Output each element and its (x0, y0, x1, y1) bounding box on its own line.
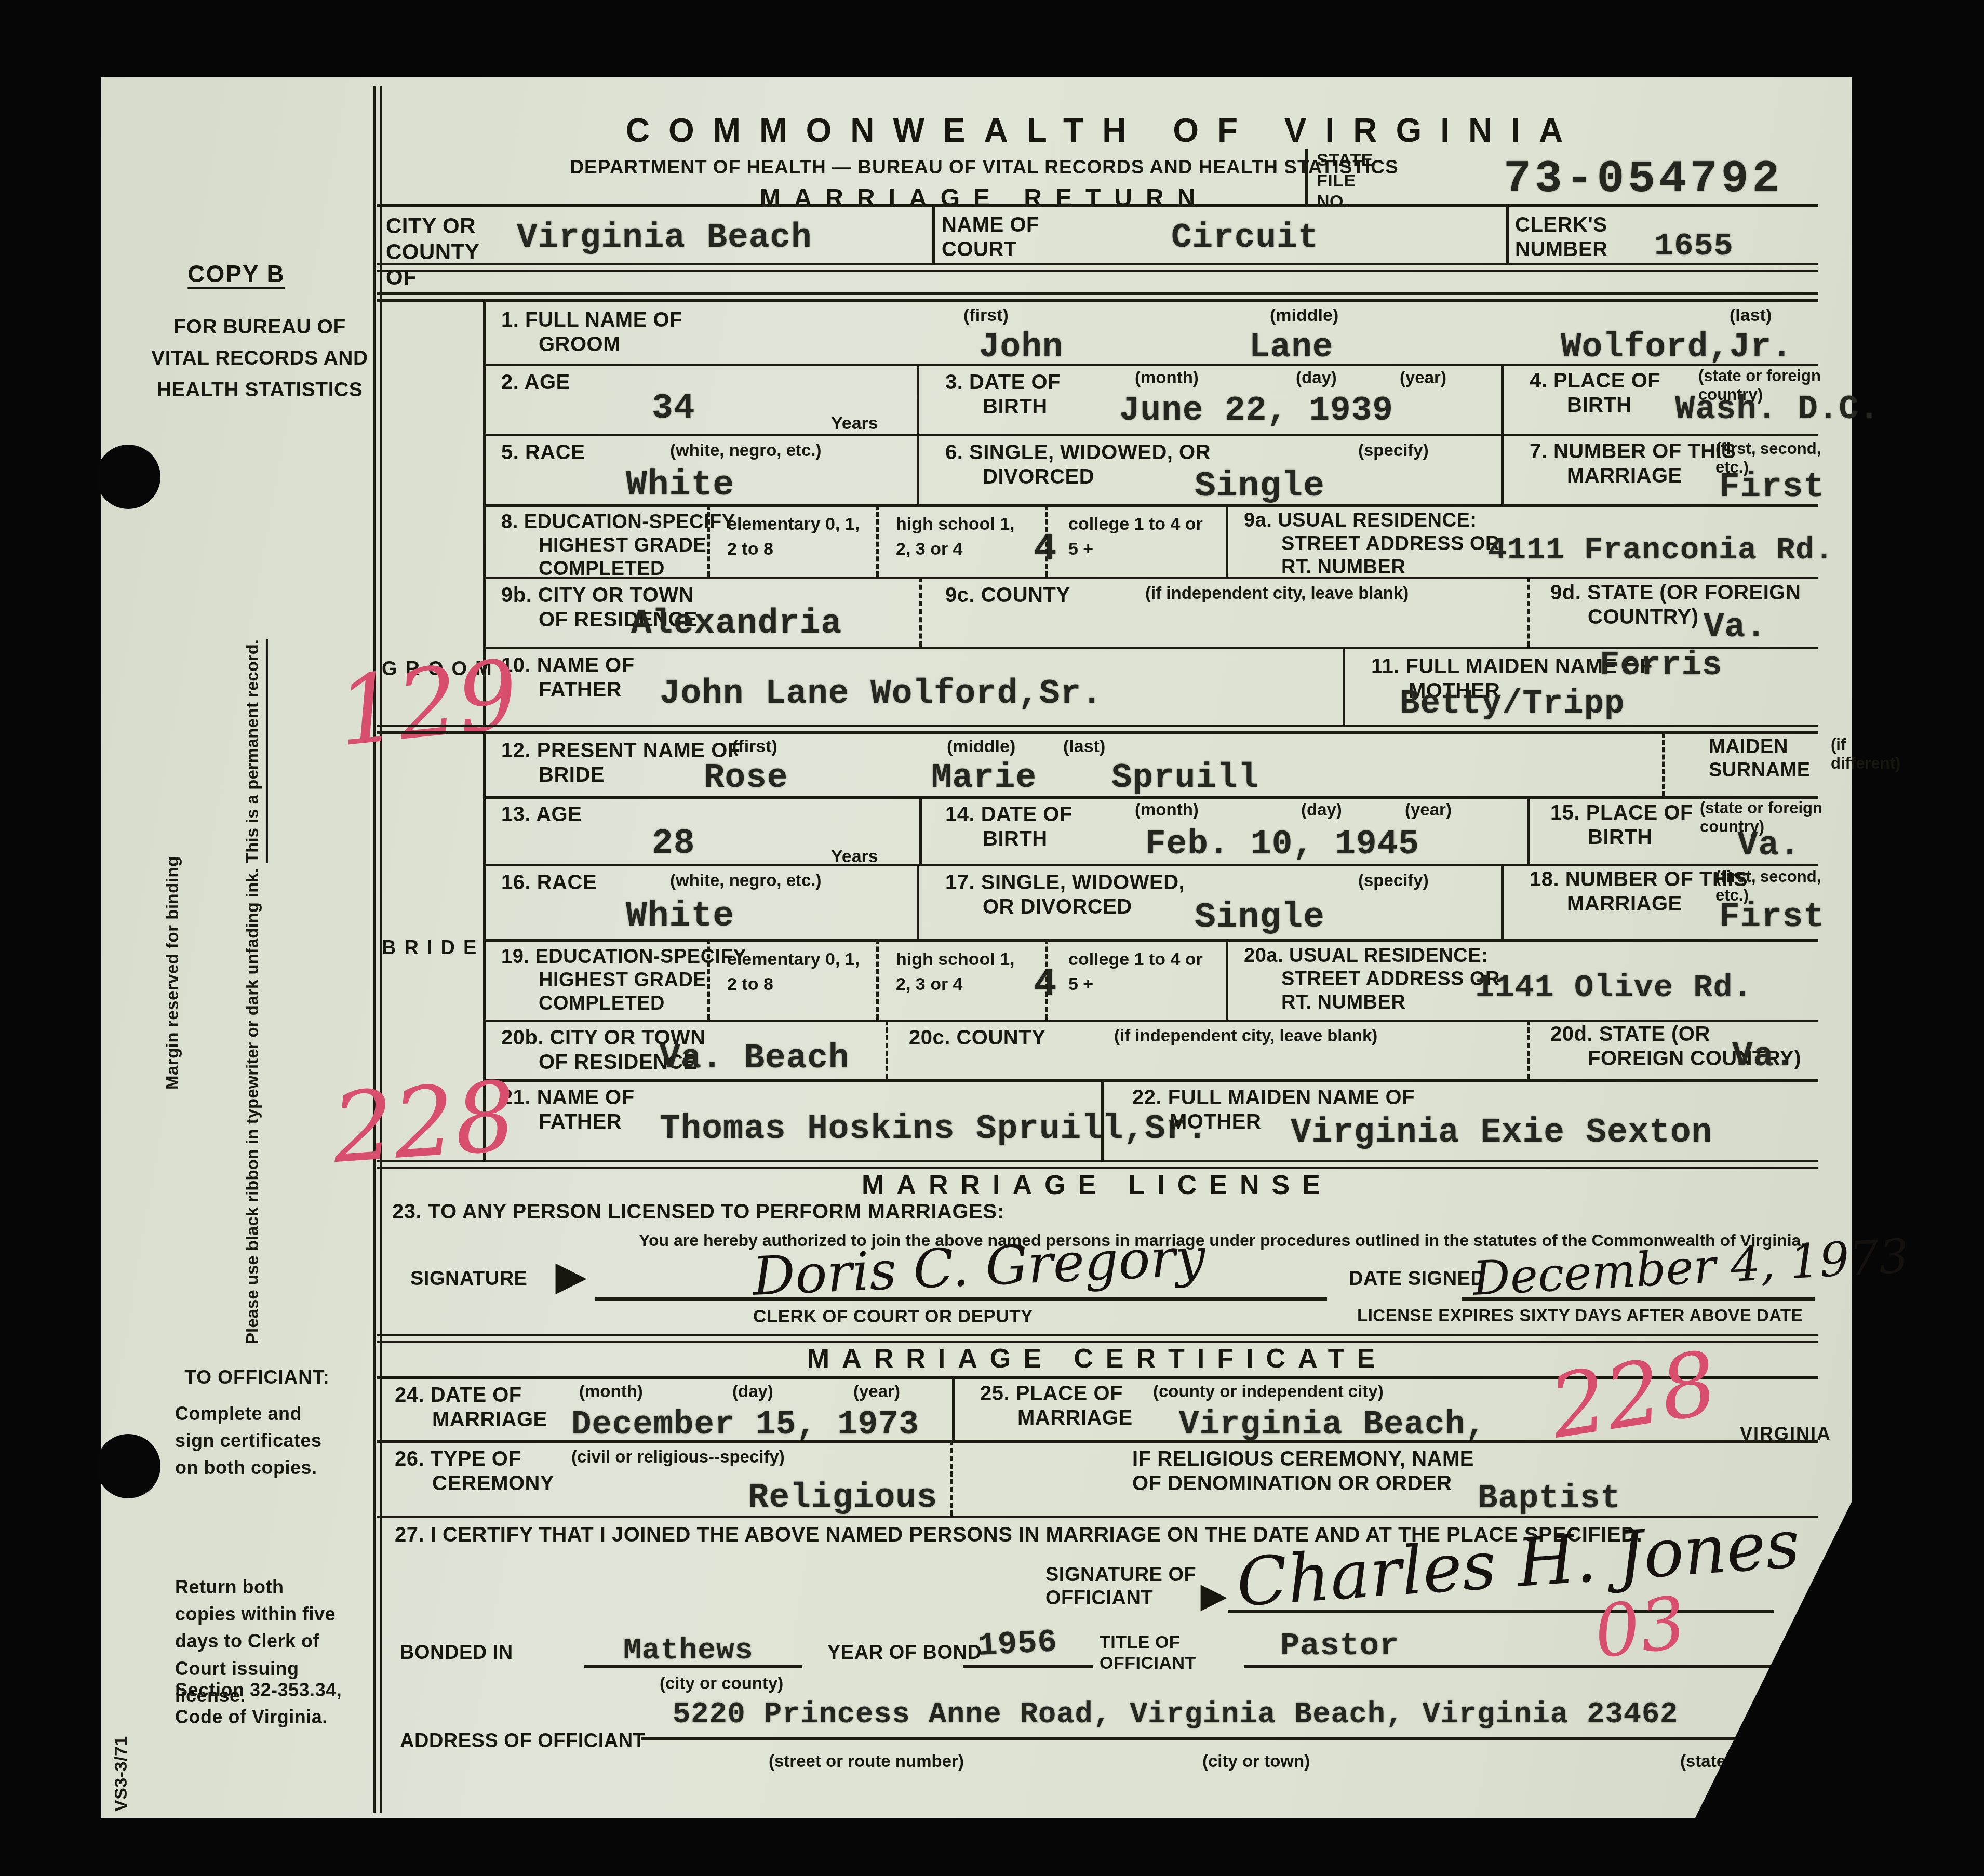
bride-last-hint: (last) (1063, 736, 1105, 757)
address-city-hint: (city or town) (1202, 1751, 1310, 1771)
header-bottom-rule (377, 263, 1818, 272)
bride-maiden-dash (1662, 732, 1665, 796)
officiant-instruction-1: Complete and sign certificates on both c… (175, 1400, 346, 1482)
groom-age-label: 2. AGE (501, 370, 570, 395)
state-file-number: 73-054792 (1504, 154, 1783, 205)
groom-status-label: 6. SINGLE, WIDOWED, OR DIVORCED (945, 440, 1211, 489)
groom-edu-high-school: high school 1, 2, 3 or 4 (896, 512, 1031, 561)
form-number: VS3-3/71 (111, 1640, 131, 1812)
code-section-reference: Section 32-353.34, Code of Virginia. (175, 1677, 352, 1731)
groom-state-label: 9d. STATE (OR FOREIGN COUNTRY) (1550, 581, 1811, 629)
certificate-rule-3 (377, 1516, 1818, 1518)
officiant-title-label: TITLE OF OFFICIANT (1100, 1632, 1229, 1673)
denomination-value: Baptist (1478, 1480, 1621, 1518)
bonded-in-value: Mathews (623, 1634, 754, 1668)
scanned-marriage-return: COPY B FOR BUREAU OF VITAL RECORDS AND H… (0, 0, 1984, 1876)
court-divider-2 (1506, 204, 1509, 265)
certificate-r24-divider (952, 1376, 955, 1440)
groom-first-hint: (first) (963, 305, 1009, 326)
groom-last-value: Wolford,Jr. (1561, 328, 1793, 367)
ribbon-note: Please use black ribbon in typewriter or… (243, 534, 262, 1344)
officiant-address-value: 5220 Princess Anne Road, Virginia Beach,… (673, 1698, 1678, 1732)
license-bottom-rule (377, 1334, 1818, 1343)
ribbon-note-text: Please use black ribbon in typewriter or… (243, 863, 262, 1344)
groom-middle-value: Lane (1249, 328, 1333, 367)
bonded-in-hint: (city or county) (660, 1673, 783, 1693)
bride-bottom-rule (377, 1160, 1818, 1169)
groom-age-value: 34 (652, 388, 695, 428)
groom-first-value: John (979, 328, 1063, 367)
year-of-bond-label: YEAR OF BOND (827, 1641, 982, 1665)
bride-state-value: Va. (1732, 1037, 1795, 1076)
bride-dob-month-hint: (month) (1135, 800, 1199, 820)
header-rule (377, 204, 1818, 207)
bride-r21-divider (1101, 1079, 1104, 1160)
certificate-r26-dash (950, 1440, 953, 1516)
bride-r13-divider-1 (919, 796, 922, 864)
clerks-number-label: CLERK'S NUMBER (1515, 213, 1624, 262)
groom-status-value: Single (1195, 466, 1325, 506)
bride-r20-dash (886, 1020, 888, 1079)
ceremony-type-hint: (civil or religious--specify) (571, 1447, 785, 1467)
bride-father-label: 21. NAME OF FATHER (501, 1086, 684, 1134)
marriage-place-label: 25. PLACE OF MARRIAGE (980, 1382, 1178, 1430)
groom-dob-month-hint: (month) (1135, 368, 1199, 387)
year-of-bond-line (963, 1665, 1093, 1668)
bride-r16-divider-1 (917, 864, 919, 939)
groom-dob-value: June 22, 1939 (1119, 391, 1393, 430)
groom-city-value: Alexandria (631, 604, 842, 643)
page-title: COMMONWEALTH OF VIRGINIA (392, 111, 1815, 151)
groom-r2-divider-2 (1501, 364, 1504, 434)
bride-edu-dash-2 (876, 939, 879, 1020)
bride-status-hint: (specify) (1358, 870, 1429, 890)
groom-county-hint: (if independent city, leave blank) (1145, 583, 1409, 603)
bride-marriage-no-value: First (1719, 897, 1825, 936)
bride-dob-label: 14. DATE OF BIRTH (945, 802, 1123, 851)
arrow-icon-officiant: ► (1192, 1571, 1236, 1622)
city-county-value: Virginia Beach (517, 218, 812, 257)
ceremony-type-label: 26. TYPE OF CEREMONY (395, 1447, 593, 1496)
bride-rule-5 (483, 1079, 1818, 1082)
marriage-date-value: December 15, 1973 (571, 1406, 919, 1444)
groom-fullname-label: 1. FULL NAME OF GROOM (501, 308, 700, 357)
groom-father-value: John Lane Wolford,Sr. (660, 674, 1103, 713)
groom-r5-dash (919, 577, 922, 647)
groom-dob-day-hint: (day) (1296, 368, 1337, 387)
clerks-number-value: 1655 (1654, 227, 1734, 264)
form-paper: COPY B FOR BUREAU OF VITAL RECORDS AND H… (101, 77, 1852, 1818)
groom-edu-elementary: elementary 0, 1, 2 to 8 (727, 512, 867, 561)
groom-status-hint: (specify) (1358, 440, 1429, 460)
form-title: MARRIAGE RETURN (377, 184, 1592, 213)
bride-section-tab: BRIDE (382, 936, 480, 960)
permanent-record-note: This is a permanent record. (243, 639, 262, 863)
copy-label: COPY B (169, 260, 304, 288)
bride-r20-dash-2 (1527, 1020, 1530, 1079)
officiant-address-label: ADDRESS OF OFFICIANT (400, 1730, 645, 1753)
bride-edu-college: college 1 to 4 or 5 + (1068, 947, 1209, 997)
bride-race-value: White (626, 896, 734, 936)
bride-race-hint: (white, negro, etc.) (670, 870, 822, 890)
department-subtitle: DEPARTMENT OF HEALTH — BUREAU OF VITAL R… (377, 156, 1592, 179)
date-signed-line (1462, 1297, 1815, 1301)
hole-punch-top (96, 445, 160, 509)
address-street-hint: (street or route number) (769, 1751, 964, 1771)
groom-rule-1 (483, 364, 1818, 366)
groom-race-value: White (626, 465, 734, 505)
hole-punch-bottom (96, 1434, 160, 1498)
bride-dob-year-hint: (year) (1405, 800, 1452, 820)
court-name-value: Circuit (1171, 218, 1319, 257)
year-of-bond-value: 1956 (977, 1624, 1058, 1665)
copy-label-text: COPY B (187, 260, 285, 287)
groom-last-hint: (last) (1730, 305, 1772, 326)
groom-edu-college: college 1 to 4 or 5 + (1068, 512, 1209, 561)
marriage-place-hint: (county or independent city) (1153, 1382, 1384, 1401)
court-divider-1 (932, 204, 935, 265)
groom-dob-year-hint: (year) (1400, 368, 1446, 387)
clerk-signature-line (595, 1297, 1327, 1301)
marriage-date-label: 24. DATE OF MARRIAGE (395, 1383, 593, 1432)
bride-maiden-hint: (if different) (1831, 735, 1900, 772)
red-code-groom: 129 (332, 639, 524, 767)
officiant-title-value: Pastor (1280, 1627, 1399, 1664)
bride-first-hint: (first) (732, 736, 777, 757)
groom-age-years-suffix: Years (831, 413, 878, 434)
groom-state-value: Va. (1704, 608, 1767, 647)
bride-r19-divider (1226, 939, 1228, 1020)
groom-street-value: 4111 Franconia Rd. (1488, 533, 1834, 568)
bride-middle-value: Marie (931, 758, 1037, 797)
officiant-signature-line (1228, 1610, 1774, 1613)
bride-city-value: Va. Beach (660, 1039, 849, 1078)
state-file-divider (1305, 149, 1308, 204)
groom-r2-divider-1 (917, 364, 919, 434)
city-county-label: CITY OR COUNTY OF (386, 213, 505, 290)
ceremony-type-value: Religious (748, 1478, 937, 1517)
officiant-title-line (1244, 1665, 1820, 1668)
clerk-signature-sub: CLERK OF COURT OR DEPUTY (753, 1306, 1033, 1327)
bride-rule-3 (483, 939, 1818, 942)
groom-pob-value: Wash. D.C. (1675, 391, 1880, 428)
groom-dob-label: 3. DATE OF BIRTH (945, 370, 1123, 419)
groom-bottom-rule (377, 725, 1818, 734)
groom-r3-divider-1 (917, 434, 919, 504)
officiant-address-line (641, 1737, 1820, 1740)
license-addressee: 23. TO ANY PERSON LICENSED TO PERFORM MA… (392, 1200, 1004, 1224)
margin-divider-line (373, 86, 382, 1813)
bride-edu-elementary: elementary 0, 1, 2 to 8 (727, 947, 867, 997)
groom-race-label: 5. RACE (501, 440, 585, 465)
bride-middle-hint: (middle) (947, 736, 1015, 757)
bride-edu-high-school: high school 1, 2, 3 or 4 (896, 947, 1031, 997)
bride-maiden-label: MAIDEN SURNAME (1709, 735, 1833, 782)
groom-top-rule (377, 292, 1818, 302)
groom-edu-dash-2 (876, 504, 879, 577)
groom-middle-hint: (middle) (1270, 305, 1338, 326)
bride-father-value: Thomas Hoskins Spruill,Sr. (660, 1109, 1208, 1148)
bride-dob-value: Feb. 10, 1945 (1145, 825, 1419, 864)
groom-county-label: 9c. COUNTY (945, 583, 1070, 608)
bride-status-label: 17. SINGLE, WIDOWED, OR DIVORCED (945, 870, 1211, 919)
groom-mother-value-line2: Betty/Tripp (1400, 686, 1625, 723)
bonded-in-label: BONDED IN (400, 1641, 513, 1665)
license-title: MARRIAGE LICENSE (377, 1170, 1818, 1201)
groom-residence-label: 9a. USUAL RESIDENCE: STREET ADDRESS OR R… (1244, 509, 1515, 579)
marriage-place-value: Virginia Beach, (1179, 1406, 1486, 1444)
to-officiant-heading: TO OFFICIANT: (174, 1366, 340, 1389)
date-signed-label: DATE SIGNED (1349, 1267, 1485, 1291)
bride-rule-1 (483, 796, 1818, 799)
groom-rule-4 (483, 577, 1818, 579)
groom-edu-dash-3 (1045, 504, 1048, 577)
marriage-date-year-hint: (year) (853, 1382, 900, 1401)
bride-status-value: Single (1195, 897, 1325, 937)
license-expires-note: LICENSE EXPIRES SIXTY DAYS AFTER ABOVE D… (1357, 1306, 1803, 1326)
groom-r3-divider-2 (1501, 434, 1504, 504)
bride-pob-value: Va. (1737, 826, 1801, 865)
groom-rule-2 (483, 434, 1818, 436)
arrow-icon: ► (545, 1247, 597, 1306)
bride-street-value: 1141 Olive Rd. (1475, 969, 1753, 1006)
bride-mother-value: Virginia Exie Sexton (1291, 1113, 1712, 1152)
bride-r16-divider-2 (1501, 864, 1504, 939)
officiant-signature-label: SIGNATURE OF OFFICIANT (1045, 1563, 1201, 1610)
bride-dob-day-hint: (day) (1301, 800, 1342, 820)
groom-r4-divider (1226, 504, 1228, 577)
groom-marriage-no-value: First (1719, 467, 1825, 506)
bride-edu-dash-1 (707, 939, 710, 1020)
bride-county-label: 20c. COUNTY (909, 1026, 1045, 1050)
bride-last-value: Spruill (1111, 758, 1259, 797)
bride-edu-dash-3 (1045, 939, 1048, 1020)
groom-r5-dash-2 (1527, 577, 1530, 647)
denomination-label: IF RELIGIOUS CEREMONY, NAME OF DENOMINAT… (1132, 1447, 1496, 1496)
bride-county-hint: (if independent city, leave blank) (1114, 1026, 1377, 1046)
certificate-rule-2 (377, 1440, 1818, 1443)
binding-note: Margin reserved for binding (163, 768, 183, 1090)
groom-edu-dash-1 (707, 504, 710, 577)
marriage-date-day-hint: (day) (732, 1382, 773, 1401)
bride-age-value: 28 (652, 824, 695, 864)
bride-first-value: Rose (704, 758, 788, 797)
marriage-date-month-hint: (month) (579, 1382, 643, 1401)
bride-rule-2 (483, 864, 1818, 866)
red-code-bottom: 03 (1590, 1580, 1691, 1674)
groom-rule-3 (483, 504, 1818, 507)
state-file-label: STATE FILE NO. (1317, 150, 1384, 212)
copy-for-label: FOR BUREAU OF VITAL RECORDS AND HEALTH S… (145, 312, 374, 406)
groom-mother-value-line1: Ferris (1600, 647, 1722, 685)
court-name-label: NAME OF COURT (942, 213, 1040, 262)
license-signature-label: SIGNATURE (410, 1267, 527, 1291)
bride-age-label: 13. AGE (501, 802, 582, 827)
bride-r13-divider-2 (1527, 796, 1530, 864)
groom-race-hint: (white, negro, etc.) (670, 440, 822, 460)
groom-r6-divider (1343, 647, 1345, 725)
bonded-in-line (584, 1665, 802, 1668)
groom-father-label: 10. NAME OF FATHER (501, 653, 684, 702)
bride-race-label: 16. RACE (501, 870, 597, 895)
